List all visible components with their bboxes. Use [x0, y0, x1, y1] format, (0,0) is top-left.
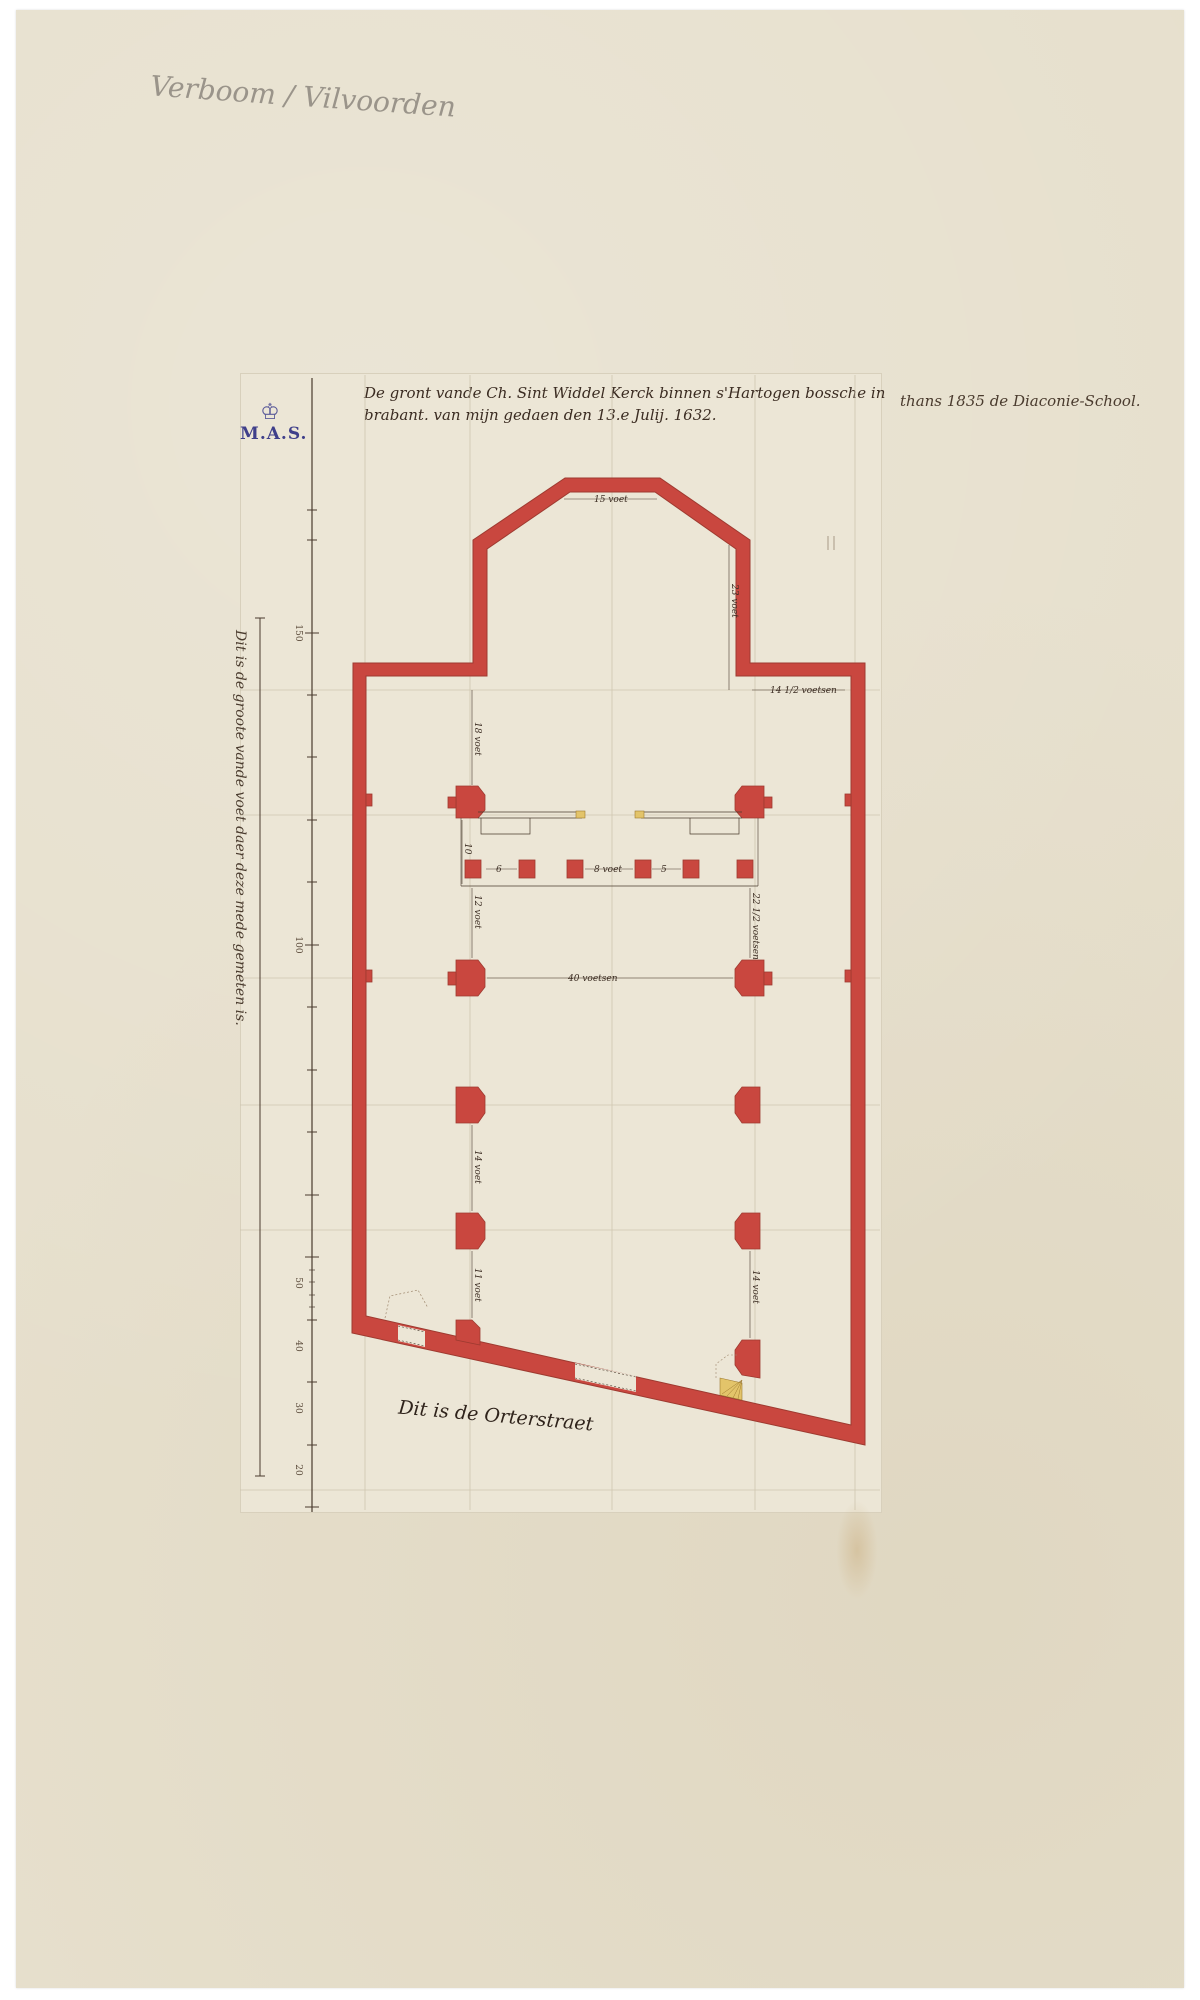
scale-tick-150: 150 [293, 624, 303, 641]
dim-screen-center: 8 voet [594, 865, 622, 875]
construction-grid [240, 375, 880, 1510]
dim-screen-gap: 10 [462, 843, 472, 855]
dim-bay-left-lower-2: 11 voet [472, 1268, 482, 1302]
floor-plan: 150 100 50 40 30 20 [0, 0, 1200, 2000]
dim-nave-bay-right: 22 1/2 voetsen [750, 892, 760, 960]
paper-stain [836, 1500, 878, 1600]
pencil-mark [828, 536, 834, 550]
scale-tick-30: 30 [293, 1402, 303, 1414]
scale-tick-50: 50 [293, 1277, 303, 1289]
dim-bay-right-lower: 14 voet [750, 1270, 760, 1304]
dim-nave-bay-left: 12 voet [472, 895, 482, 929]
door-swing-sketch [385, 1290, 428, 1318]
wall-pilasters [366, 794, 851, 982]
dimension-lines [462, 499, 845, 1338]
scale-bar: 150 100 50 40 30 20 [293, 378, 319, 1512]
dim-transept-step: 14 1/2 voetsen [770, 686, 837, 696]
dim-apse-top: 15 voet [594, 495, 628, 505]
dim-choir-depth: 18 voet [472, 722, 482, 756]
dim-bay-left-lower-1: 14 voet [472, 1150, 482, 1184]
dim-screen-outer: 6 [496, 865, 502, 875]
dim-screen-inner: 5 [661, 865, 667, 875]
scale-tick-100: 100 [293, 936, 303, 953]
scale-tick-20: 20 [293, 1464, 303, 1476]
dim-apse-side: 23 voet [729, 583, 739, 618]
church-outer-wall [352, 478, 865, 1445]
scale-tick-40: 40 [293, 1340, 303, 1352]
dim-nave-width: 40 voetsen [567, 974, 618, 984]
